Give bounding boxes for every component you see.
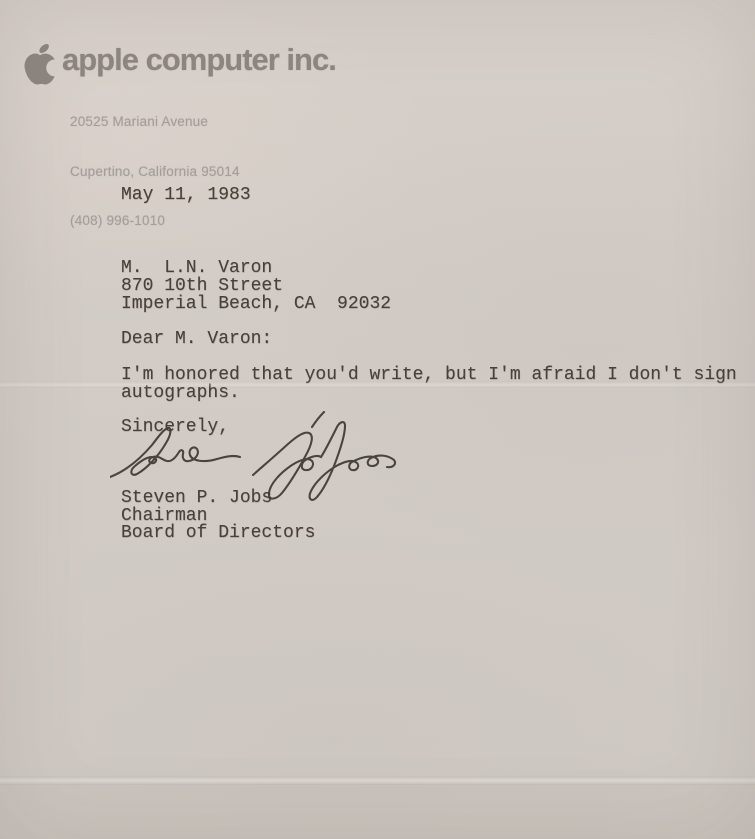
salutation: Dear M. Varon: (121, 330, 272, 348)
recipient-city: Imperial Beach, CA 92032 (121, 295, 391, 313)
letter-date: May 11, 1983 (121, 186, 251, 204)
fold-crease-lower (0, 776, 755, 785)
signer-name: Steven P. Jobs (121, 489, 272, 507)
apple-logo-icon (16, 36, 64, 94)
fold-shading (0, 784, 755, 839)
letterhead-phone: (408) 996-1010 (70, 213, 240, 230)
body-line-1: I'm honored that you'd write, but I'm af… (121, 366, 737, 384)
letterhead-address-line2: Cupertino, California 95014 (70, 164, 240, 181)
signer-organization: Board of Directors (121, 524, 315, 542)
recipient-street: 870 10th Street (121, 277, 283, 295)
letterhead-address-line1: 20525 Mariani Avenue (70, 114, 240, 131)
letterhead-address: 20525 Mariani Avenue Cupertino, Californ… (70, 81, 240, 263)
body-line-2: autographs. (121, 384, 240, 402)
letter-page: apple computer inc. 20525 Mariani Avenue… (0, 0, 755, 839)
company-wordmark: apple computer inc. (62, 42, 336, 78)
recipient-name: M. L.N. Varon (121, 259, 272, 277)
closing: Sincerely, (121, 418, 229, 436)
